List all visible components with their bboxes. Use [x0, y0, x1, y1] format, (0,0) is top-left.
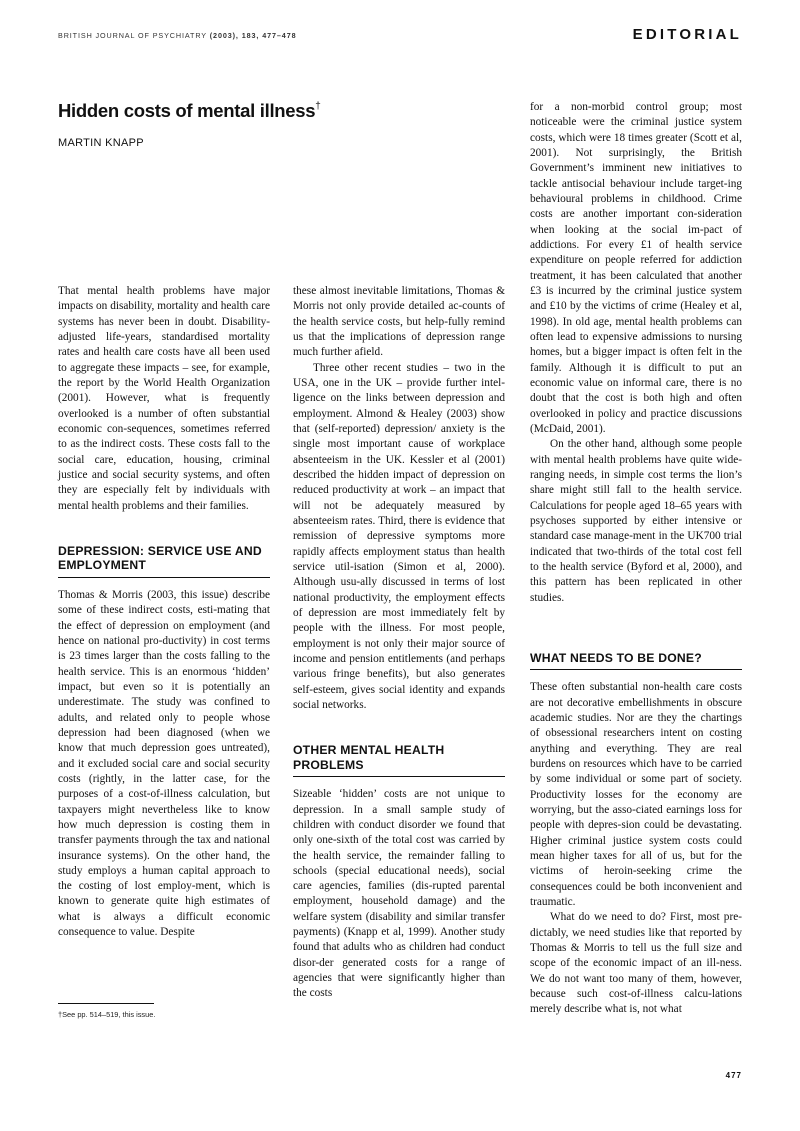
- paragraph: Three other recent studies – two in the …: [293, 361, 505, 714]
- paragraph: Thomas & Morris (2003, this issue) descr…: [58, 588, 270, 941]
- paragraph: for a non-morbid control group; most not…: [530, 100, 742, 437]
- paragraph: these almost inevitable limitations, Tho…: [293, 284, 505, 361]
- article-title: Hidden costs of mental illness†: [58, 100, 321, 122]
- section-heading-what-needs: WHAT NEEDS TO BE DONE?: [530, 651, 742, 671]
- footnote-divider: [58, 1003, 154, 1004]
- running-head: BRITISH JOURNAL OF PSYCHIATRY (2003), 18…: [58, 31, 297, 40]
- column-2: these almost inevitable limitations, Tho…: [293, 284, 505, 1002]
- paragraph: What do we need to do? First, most pre-d…: [530, 910, 742, 1017]
- section-label: EDITORIAL: [633, 26, 742, 43]
- intro-paragraph: That mental health problems have major i…: [58, 284, 270, 514]
- column-3: for a non-morbid control group; most not…: [530, 100, 742, 1018]
- section-heading-other-problems: OTHER MENTAL HEALTH PROBLEMS: [293, 743, 505, 777]
- section-heading-depression: DEPRESSION: SERVICE USE AND EMPLOYMENT: [58, 544, 270, 578]
- paragraph: Sizeable ‘hidden’ costs are not unique t…: [293, 787, 505, 1002]
- article-title-text: Hidden costs of mental illness: [58, 100, 315, 121]
- journal-citation: (2003), 183, 477–478: [210, 31, 297, 40]
- paragraph: These often substantial non-health care …: [530, 680, 742, 910]
- footnote: †See pp. 514–519, this issue.: [58, 1010, 155, 1019]
- article-author: MARTIN KNAPP: [58, 137, 144, 149]
- column-1: That mental health problems have major i…: [58, 284, 270, 940]
- journal-name: BRITISH JOURNAL OF PSYCHIATRY: [58, 31, 207, 40]
- page-number: 477: [726, 1071, 742, 1080]
- paragraph: On the other hand, although some people …: [530, 437, 742, 606]
- title-footnote-mark: †: [315, 101, 320, 112]
